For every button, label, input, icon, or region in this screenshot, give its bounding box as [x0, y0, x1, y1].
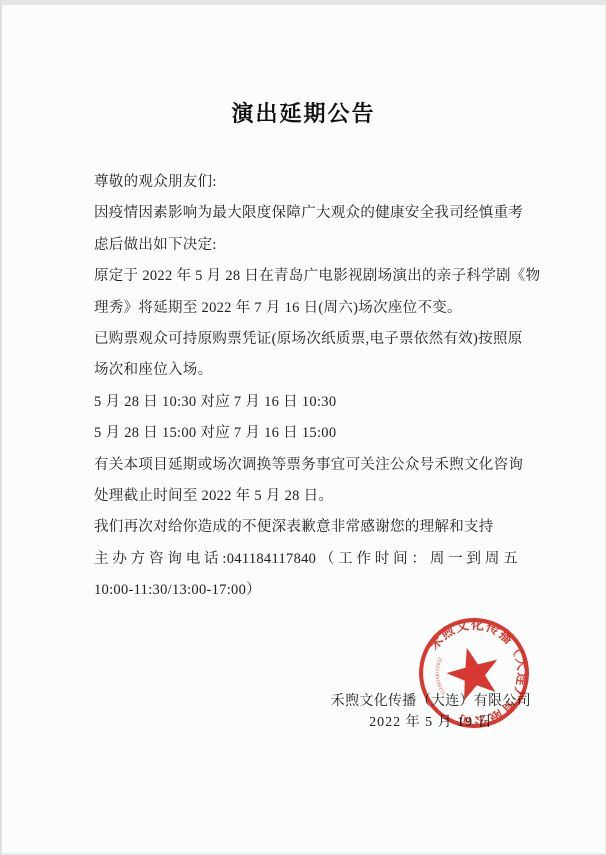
notice-body: 尊敬的观众朋友们: 因疫情因素影响为最大限度保障广大观众的健康安全我司经慎重考 …	[94, 167, 518, 606]
body-line: 原定于 2022 年 5 月 28 日在青岛广电影视剧场演出的亲子科学剧《物	[94, 261, 518, 292]
body-line: 因疫情因素影响为最大限度保障广大观众的健康安全我司经慎重考	[94, 198, 518, 229]
seal-star-icon	[446, 648, 497, 701]
body-line-phone: 主办方咨询电话:041184117840（工作时间：周一到周五	[94, 544, 518, 575]
body-line: 虑后做出如下决定:	[94, 230, 518, 261]
notice-page: 演出延期公告 尊敬的观众朋友们: 因疫情因素影响为最大限度保障广大观众的健康安全…	[0, 0, 606, 855]
body-line-schedule-1030: 5 月 28 日 10:30 对应 7 月 16 日 10:30	[94, 387, 518, 418]
body-line-hours: 10:00-11:30/13:00-17:00）	[94, 575, 518, 606]
body-line: 理秀》将延期至 2022 年 7 月 16 日(周六)场次座位不变。	[94, 293, 518, 324]
company-seal: 禾煦文化传播（大连）有限公司 21023100100151	[417, 616, 531, 730]
seal-serial-number: 21023100100151	[434, 656, 446, 697]
body-line: 有关本项目延期或场次调换等票务事宜可关注公众号禾煦文化咨询	[94, 450, 518, 481]
body-line: 处理截止时间至 2022 年 5 月 28 日。	[94, 481, 518, 512]
body-line-greeting: 尊敬的观众朋友们:	[94, 167, 518, 198]
body-line: 我们再次对给你造成的不便深表歉意非常感谢您的理解和支持	[94, 512, 518, 543]
body-line-schedule-1500: 5 月 28 日 15:00 对应 7 月 16 日 15:00	[94, 418, 518, 449]
body-line: 已购票观众可持原购票凭证(原场次纸质票,电子票依然有效)按照原	[94, 324, 518, 355]
page-title: 演出延期公告	[2, 97, 605, 128]
body-line: 场次和座位入场。	[94, 355, 518, 386]
